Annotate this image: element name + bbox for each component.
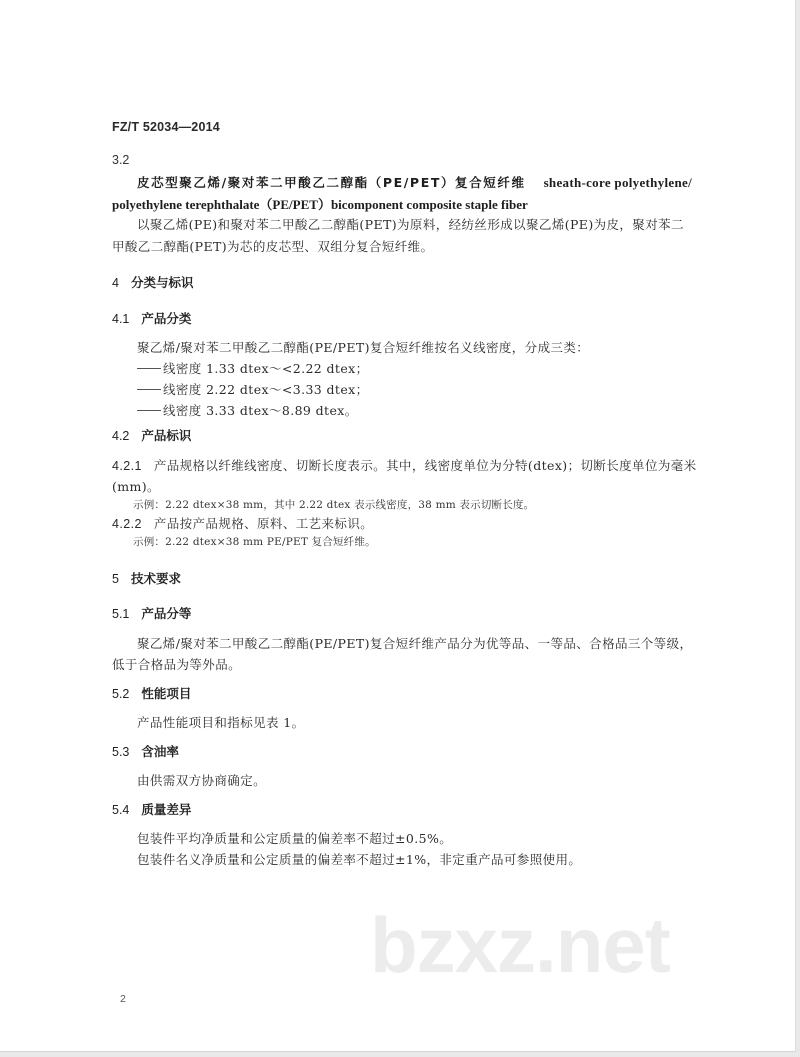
clause-number: 4.2.1 <box>112 459 142 473</box>
clause-text: 4.2.2产品按产品规格、原料、工艺来标识。 <box>112 514 373 532</box>
term-definition-line: 以聚乙烯(PE)和聚对苯二甲酸乙二醇酯(PET)为原料，经纺丝形成以聚乙烯(PE… <box>137 215 684 233</box>
subsection-heading: 5.3含油率 <box>112 742 179 760</box>
section-title: 分类与标识 <box>131 275 194 290</box>
subsection-title: 产品标识 <box>141 428 191 443</box>
subsection-title: 性能项目 <box>141 686 191 701</box>
paragraph-text: 产品性能项目和指标见表 1。 <box>137 713 305 731</box>
subsection-heading: 4.2产品标识 <box>112 426 191 444</box>
standard-code: FZ/T 52034—2014 <box>112 120 220 134</box>
paragraph-text: 由供需双方协商确定。 <box>137 771 266 789</box>
term-title: 皮芯型聚乙烯/聚对苯二甲酸乙二醇酯（PE/PET）复合短纤维sheath-cor… <box>137 173 692 191</box>
page-number: 2 <box>120 993 126 1005</box>
subsection-number: 4.2 <box>112 429 129 443</box>
example-text: 示例：2.22 dtex×38 mm PE/PET 复合短纤维。 <box>133 534 376 549</box>
subsection-number: 4.1 <box>112 312 129 326</box>
clause-text: 4.2.1产品规格以纤维线密度、切断长度表示。其中，线密度单位为分特(dtex)… <box>112 456 697 474</box>
section-number: 4 <box>112 276 119 290</box>
dash-marker <box>137 368 161 369</box>
term-title-en: sheath-core polyethylene/ <box>544 175 692 190</box>
section-number: 5 <box>112 572 119 586</box>
subsection-number: 5.3 <box>112 745 129 759</box>
watermark: bzxz.net <box>370 900 670 991</box>
subsection-title: 产品分类 <box>141 311 191 326</box>
term-definition-line: 甲酸乙二醇酯(PET)为芯的皮芯型、双组分复合短纤维。 <box>112 237 433 255</box>
subsection-heading: 5.1产品分等 <box>112 604 191 622</box>
subsection-title: 质量差异 <box>141 802 191 817</box>
section-title: 技术要求 <box>131 571 181 586</box>
clause-text-continued: (mm)。 <box>112 477 160 495</box>
subsection-number: 5.1 <box>112 607 129 621</box>
paragraph-text: 聚乙烯/聚对苯二甲酸乙二醇酯(PE/PET)复合短纤维按名义线密度，分成三类： <box>137 338 589 356</box>
list-item: 线密度 2.22 dtex～<3.33 dtex； <box>137 380 369 398</box>
term-number: 3.2 <box>112 153 129 167</box>
term-title-en-continued: polyethylene terephthalate（PE/PET）bicomp… <box>112 194 528 213</box>
list-item: 线密度 1.33 dtex～<2.22 dtex； <box>137 359 369 377</box>
example-text: 示例：2.22 dtex×38 mm，其中 2.22 dtex 表示线密度，38… <box>133 497 534 512</box>
list-item: 线密度 3.33 dtex～8.89 dtex。 <box>137 401 358 419</box>
subsection-heading: 5.4质量差异 <box>112 800 191 818</box>
subsection-title: 产品分等 <box>141 606 191 621</box>
section-heading: 5技术要求 <box>112 569 181 587</box>
paragraph-text: 包装件平均净质量和公定质量的偏差率不超过±0.5%。 <box>137 829 452 847</box>
dash-marker <box>137 410 161 411</box>
section-heading: 4分类与标识 <box>112 273 193 291</box>
clause-number: 4.2.2 <box>112 517 142 531</box>
subsection-number: 5.4 <box>112 803 129 817</box>
dash-marker <box>137 389 161 390</box>
document-page: FZ/T 52034—2014 3.2 皮芯型聚乙烯/聚对苯二甲酸乙二醇酯（PE… <box>0 0 796 1052</box>
paragraph-text: 低于合格品为等外品。 <box>112 655 241 673</box>
paragraph-text: 包装件名义净质量和公定质量的偏差率不超过±1%，非定重产品可参照使用。 <box>137 850 581 868</box>
subsection-number: 5.2 <box>112 687 129 701</box>
paragraph-text: 聚乙烯/聚对苯二甲酸乙二醇酯(PE/PET)复合短纤维产品分为优等品、一等品、合… <box>137 634 692 652</box>
subsection-heading: 5.2性能项目 <box>112 684 191 702</box>
term-title-cn: 皮芯型聚乙烯/聚对苯二甲酸乙二醇酯（PE/PET）复合短纤维 <box>137 175 526 190</box>
subsection-title: 含油率 <box>141 744 179 759</box>
subsection-heading: 4.1产品分类 <box>112 309 191 327</box>
